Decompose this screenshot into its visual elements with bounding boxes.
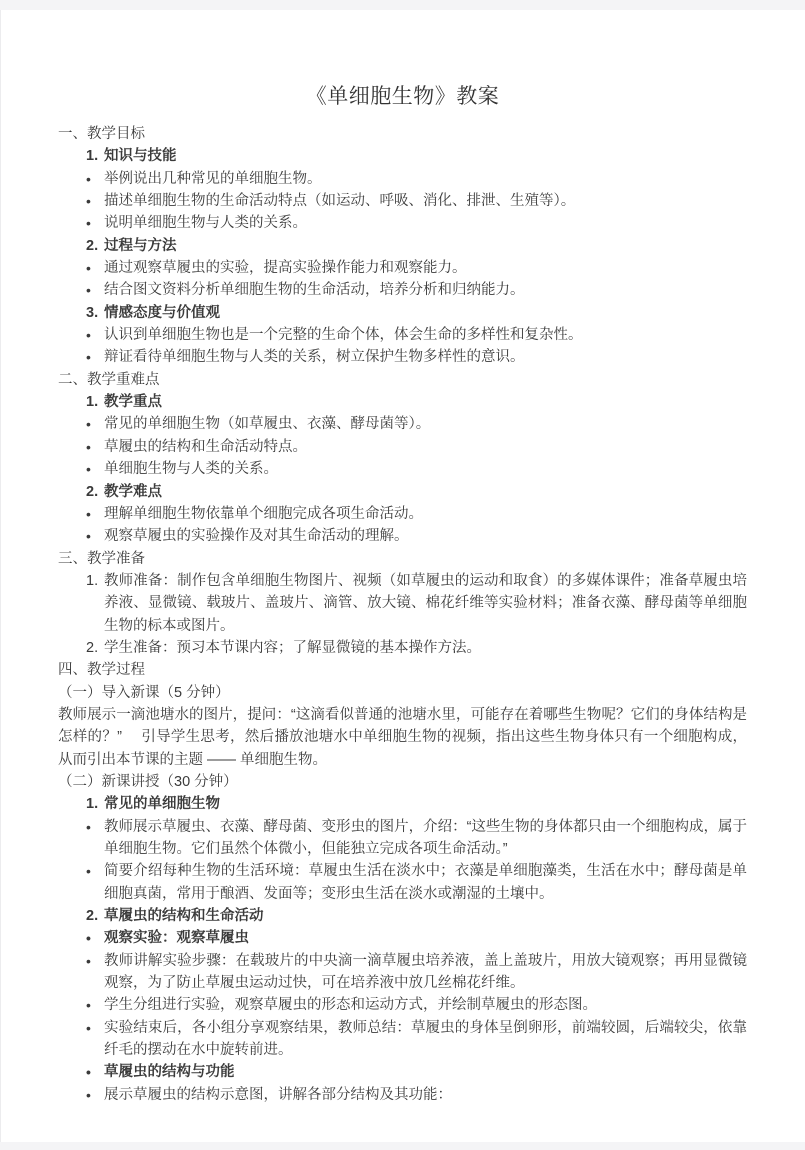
item-text: 单细胞生物与人类的关系。: [104, 461, 278, 477]
bullet-marker: •: [86, 994, 91, 1016]
item-text: 草履虫的结构与功能: [104, 1064, 235, 1080]
item-text: 实验结束后，各小组分享观察结果，教师总结：草履虫的身体呈倒卵形，前端较圆，后端较…: [104, 1020, 747, 1058]
bullet-marker: •: [86, 168, 91, 190]
item-text: 认识到单细胞生物也是一个完整的生命个体，体会生命的多样性和复杂性。: [104, 327, 583, 343]
item-text: 辩证看待单细胞生物与人类的关系，树立保护生物多样性的意识。: [104, 349, 525, 365]
item-text: 情感态度与价值观: [104, 305, 220, 321]
bullet-marker: •: [86, 503, 91, 525]
subsection-heading: （二）新课讲授（30 分钟）: [58, 771, 747, 793]
item-text: 教师讲解实验步骤：在载玻片的中央滴一滴草履虫培养液，盖上盖玻片，用放大镜观察；再…: [104, 953, 747, 991]
numbered-item: 2.学生准备：预习本节课内容；了解显微镜的基本操作方法。: [58, 637, 747, 659]
numbered-item: 2.教学难点: [58, 481, 747, 503]
bullet-marker: •: [86, 1084, 91, 1106]
numbered-item: 2.草履虫的结构和生命活动: [58, 905, 747, 927]
number-marker: 2.: [86, 235, 98, 257]
bullet-item: •描述单细胞生物的生命活动特点（如运动、呼吸、消化、排泄、生殖等）。: [58, 190, 747, 212]
subsection-heading: （一）导入新课（5 分钟）: [58, 682, 747, 704]
document-title: 《单细胞生物》教案: [58, 85, 747, 109]
numbered-item: 3.情感态度与价值观: [58, 302, 747, 324]
bullet-marker: •: [86, 950, 91, 972]
bullet-marker: •: [86, 816, 91, 838]
numbered-item: 1.知识与技能: [58, 145, 747, 167]
document-page: 《单细胞生物》教案 一、教学目标1.知识与技能•举例说出几种常见的单细胞生物。•…: [0, 10, 805, 1142]
bullet-item: •认识到单细胞生物也是一个完整的生命个体，体会生命的多样性和复杂性。: [58, 324, 747, 346]
bullet-marker: •: [86, 1017, 91, 1039]
document-content: 《单细胞生物》教案 一、教学目标1.知识与技能•举例说出几种常见的单细胞生物。•…: [1, 10, 805, 1106]
item-text: 简要介绍每种生物的生活环境：草履虫生活在淡水中；衣藻是单细胞藻类，生活在水中；酵…: [104, 863, 747, 901]
bullet-marker: •: [86, 458, 91, 480]
item-text: 常见的单细胞生物: [104, 796, 220, 812]
section-heading: 三、教学准备: [58, 548, 747, 570]
number-marker: 2.: [86, 905, 98, 927]
bullet-item: •实验结束后，各小组分享观察结果，教师总结：草履虫的身体呈倒卵形，前端较圆，后端…: [58, 1017, 747, 1062]
bullet-marker: •: [86, 927, 91, 949]
item-text: 描述单细胞生物的生命活动特点（如运动、呼吸、消化、排泄、生殖等）。: [104, 193, 575, 209]
section-heading: 四、教学过程: [58, 659, 747, 681]
bullet-item: •说明单细胞生物与人类的关系。: [58, 212, 747, 234]
bullet-marker: •: [86, 190, 91, 212]
number-marker: 1.: [86, 391, 98, 413]
bullet-item: •通过观察草履虫的实验，提高实验操作能力和观察能力。: [58, 257, 747, 279]
item-text: 结合图文资料分析单细胞生物的生命活动，培养分析和归纳能力。: [104, 282, 525, 298]
bullet-item: •草履虫的结构和生命活动特点。: [58, 436, 747, 458]
bullet-marker: •: [86, 346, 91, 368]
document-body: 一、教学目标1.知识与技能•举例说出几种常见的单细胞生物。•描述单细胞生物的生命…: [58, 123, 747, 1106]
section-heading: 一、教学目标: [58, 123, 747, 145]
bullet-item: •结合图文资料分析单细胞生物的生命活动，培养分析和归纳能力。: [58, 279, 747, 301]
numbered-item: 1.常见的单细胞生物: [58, 793, 747, 815]
item-text: 展示草履虫的结构示意图，讲解各部分结构及其功能：: [104, 1087, 452, 1103]
bullet-marker: •: [86, 324, 91, 346]
item-text: 理解单细胞生物依靠单个细胞完成各项生命活动。: [104, 506, 423, 522]
number-marker: 1.: [86, 793, 98, 815]
item-text: 教师展示草履虫、衣藻、酵母菌、变形虫的图片，介绍：“这些生物的身体都只由一个细胞…: [104, 819, 747, 857]
bullet-item: •展示草履虫的结构示意图，讲解各部分结构及其功能：: [58, 1084, 747, 1106]
bullet-item: •教师展示草履虫、衣藻、酵母菌、变形虫的图片，介绍：“这些生物的身体都只由一个细…: [58, 816, 747, 861]
bullet-item: •单细胞生物与人类的关系。: [58, 458, 747, 480]
item-text: 通过观察草履虫的实验，提高实验操作能力和观察能力。: [104, 260, 467, 276]
bullet-item: •教师讲解实验步骤：在载玻片的中央滴一滴草履虫培养液，盖上盖玻片，用放大镜观察；…: [58, 950, 747, 995]
item-text: 教学难点: [104, 484, 162, 500]
bullet-item: •简要介绍每种生物的生活环境：草履虫生活在淡水中；衣藻是单细胞藻类，生活在水中；…: [58, 860, 747, 905]
bullet-marker: •: [86, 436, 91, 458]
bullet-marker: •: [86, 525, 91, 547]
item-text: 学生准备：预习本节课内容；了解显微镜的基本操作方法。: [104, 640, 481, 656]
number-marker: 1.: [86, 570, 98, 592]
bullet-marker: •: [86, 860, 91, 882]
number-marker: 2.: [86, 637, 98, 659]
bullet-item: •观察草履虫的实验操作及对其生命活动的理解。: [58, 525, 747, 547]
item-text: 举例说出几种常见的单细胞生物。: [104, 171, 322, 187]
bullet-item: •学生分组进行实验，观察草履虫的形态和运动方式，并绘制草履虫的形态图。: [58, 994, 747, 1016]
item-text: 说明单细胞生物与人类的关系。: [104, 215, 307, 231]
item-text: 草履虫的结构和生命活动特点。: [104, 439, 307, 455]
item-text: 学生分组进行实验，观察草履虫的形态和运动方式，并绘制草履虫的形态图。: [104, 997, 597, 1013]
paragraph: 教师展示一滴池塘水的图片，提问：“这滴看似普通的池塘水里，可能存在着哪些生物呢？…: [58, 704, 747, 771]
numbered-item: 1.教师准备：制作包含单细胞生物图片、视频（如草履虫的运动和取食）的多媒体课件；…: [58, 570, 747, 637]
item-text: 观察草履虫的实验操作及对其生命活动的理解。: [104, 528, 409, 544]
item-text: 教学重点: [104, 394, 162, 410]
bullet-item: •辩证看待单细胞生物与人类的关系，树立保护生物多样性的意识。: [58, 346, 747, 368]
item-text: 知识与技能: [104, 148, 177, 164]
bullet-item: •常见的单细胞生物（如草履虫、衣藻、酵母菌等）。: [58, 413, 747, 435]
bullet-item: •观察实验：观察草履虫: [58, 927, 747, 949]
bullet-item: •举例说出几种常见的单细胞生物。: [58, 168, 747, 190]
item-text: 观察实验：观察草履虫: [104, 930, 249, 946]
bullet-item: •理解单细胞生物依靠单个细胞完成各项生命活动。: [58, 503, 747, 525]
bullet-marker: •: [86, 1061, 91, 1083]
item-text: 草履虫的结构和生命活动: [104, 908, 264, 924]
number-marker: 1.: [86, 145, 98, 167]
bullet-marker: •: [86, 212, 91, 234]
item-text: 常见的单细胞生物（如草履虫、衣藻、酵母菌等）。: [104, 416, 430, 432]
number-marker: 2.: [86, 481, 98, 503]
bullet-marker: •: [86, 257, 91, 279]
bullet-marker: •: [86, 413, 91, 435]
numbered-item: 1.教学重点: [58, 391, 747, 413]
bullet-marker: •: [86, 279, 91, 301]
numbered-item: 2.过程与方法: [58, 235, 747, 257]
item-text: 教师准备：制作包含单细胞生物图片、视频（如草履虫的运动和取食）的多媒体课件；准备…: [104, 573, 747, 634]
bullet-item: •草履虫的结构与功能: [58, 1061, 747, 1083]
number-marker: 3.: [86, 302, 98, 324]
section-heading: 二、教学重难点: [58, 369, 747, 391]
item-text: 过程与方法: [104, 238, 177, 254]
